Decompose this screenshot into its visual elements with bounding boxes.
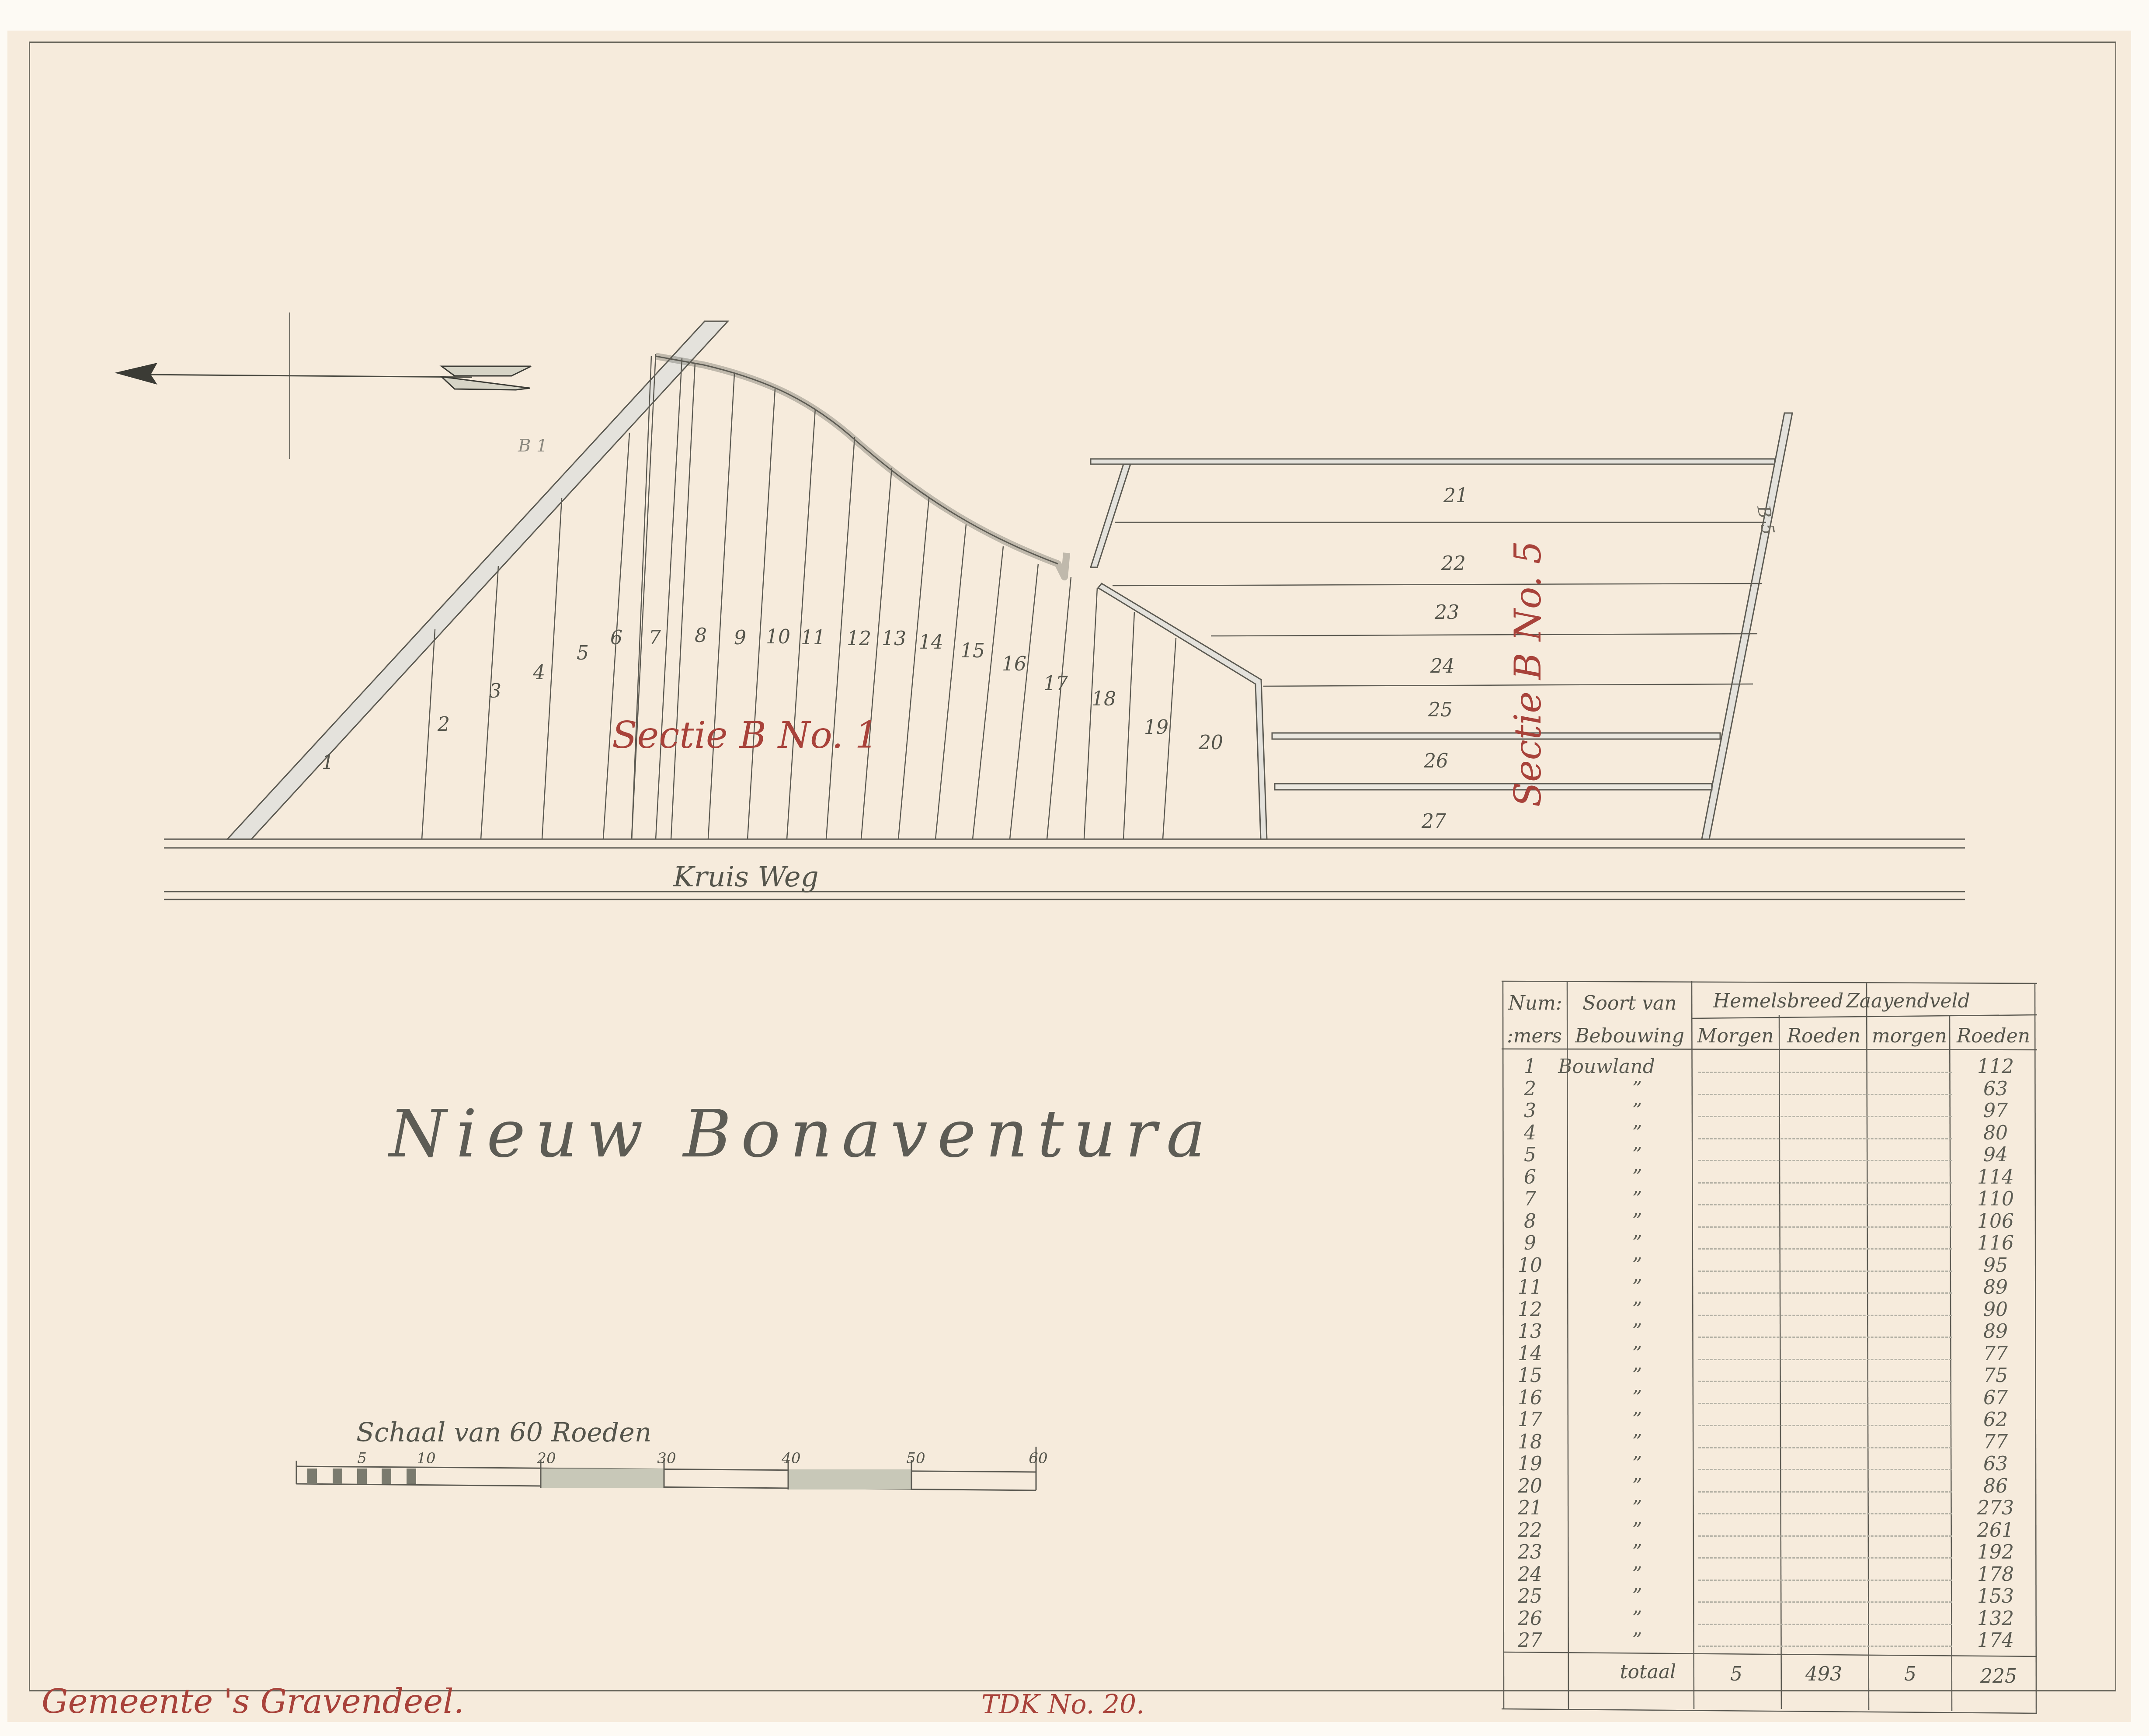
right-road: [1702, 413, 1792, 839]
ledger-row-roeden: 63: [1983, 1077, 2008, 1100]
ledger-row-roeden: 63: [1983, 1453, 2008, 1475]
ledger-row-roeden: 89: [1983, 1276, 2008, 1299]
ledger-row-soort: ”: [1632, 1298, 1642, 1320]
ledger-row-num: 22: [1518, 1519, 1542, 1541]
ledger-row-roeden: 153: [1977, 1585, 2014, 1608]
ledger-row-dash-leader: [1698, 1138, 1952, 1139]
ledger-row-num: 4: [1524, 1121, 1536, 1144]
cadastral-map-drawing: [0, 0, 2149, 1736]
ledger-row-dash-leader: [1698, 1337, 1952, 1338]
ledger-row-dash-leader: [1698, 1315, 1952, 1316]
ledger-row-roeden: 174: [1977, 1629, 2014, 1652]
ledger-row-soort: ”: [1632, 1100, 1642, 1122]
plot-number: 26: [1424, 752, 1448, 771]
ledger-row-dash-leader: [1698, 1160, 1952, 1161]
ledger-row-soort: ”: [1632, 1232, 1642, 1254]
ledger-header-bebouwing: Bebouwing: [1575, 1025, 1684, 1047]
ledger-row-soort: ”: [1632, 1497, 1642, 1519]
ledger-header-hemelsbreed: Hemelsbreed: [1713, 990, 1843, 1012]
plot-number: 23: [1435, 603, 1459, 622]
plot-number: 6: [610, 628, 622, 648]
ledger-row-dash-leader: [1698, 1469, 1952, 1470]
road-label-kruis-weg: Kruis Weg: [673, 863, 819, 891]
ledger-row-soort: ”: [1632, 1121, 1642, 1144]
plot-number: 24: [1430, 657, 1455, 676]
ledger-row-num: 25: [1518, 1585, 1542, 1608]
ledger-row-soort: ”: [1632, 1342, 1642, 1364]
ledger-row-num: 5: [1524, 1144, 1536, 1166]
ledger-row-soort: ”: [1632, 1541, 1642, 1563]
ledger-row-roeden: 106: [1977, 1210, 2014, 1232]
ledger-row-dash-leader: [1698, 1182, 1952, 1184]
ledger-row-num: 10: [1518, 1254, 1542, 1276]
ledger-row-num: 9: [1524, 1232, 1536, 1254]
ledger-row-soort: ”: [1632, 1188, 1642, 1210]
plot-number: 27: [1422, 812, 1446, 831]
ledger-row-roeden: 97: [1983, 1100, 2008, 1122]
ledger-row-num: 2: [1524, 1077, 1536, 1100]
municipality-label: Gemeente 's Gravendeel.: [42, 1685, 464, 1718]
ledger-header-zaayendveld: Zaayendveld: [1846, 990, 1970, 1012]
ledger-row-num: 21: [1518, 1497, 1542, 1519]
ledger-row-soort: ”: [1632, 1386, 1642, 1409]
ledger-row-dash-leader: [1698, 1513, 1952, 1514]
plot-number: 3: [489, 682, 501, 701]
ledger-row-num: 11: [1518, 1276, 1542, 1299]
ledger-row-dash-leader: [1698, 1248, 1952, 1250]
ledger-row-roeden: 90: [1983, 1298, 2008, 1320]
ledger-row-roeden: 86: [1983, 1475, 2008, 1497]
plot-number: 5: [577, 644, 589, 663]
sheet-reference: TDK No. 20.: [981, 1691, 1144, 1718]
plot-number: 14: [919, 633, 943, 652]
ledger-row-dash-leader: [1698, 1447, 1952, 1448]
plot-number: 13: [882, 629, 906, 649]
plot-number: 8: [695, 626, 707, 646]
plot-number: 2: [438, 715, 450, 734]
ledger-row-soort: ”: [1632, 1364, 1642, 1387]
ledger-row-dash-leader: [1698, 1624, 1952, 1625]
ledger-grid: [1502, 981, 2037, 1713]
ledger-row-dash-leader: [1698, 1072, 1952, 1073]
ledger-row-dash-leader: [1698, 1271, 1952, 1272]
diagonal-road: [227, 321, 728, 839]
ledger-row-num: 6: [1524, 1166, 1536, 1188]
ledger-header-num: Num:: [1508, 992, 1562, 1014]
plot-number: 21: [1443, 486, 1468, 506]
ledger-row-dash-leader: [1698, 1204, 1952, 1205]
ledger-row-roeden: 116: [1977, 1232, 2014, 1254]
ledger-row-soort: ”: [1632, 1475, 1642, 1497]
ledger-row-soort: ”: [1632, 1144, 1642, 1166]
ledger-row-soort: Bouwland: [1558, 1055, 1655, 1078]
ledger-total-z-roeden: 225: [1980, 1665, 2017, 1687]
map-title: Nieuw Bonaventura: [389, 1101, 1215, 1167]
ledger-row-num: 23: [1518, 1541, 1542, 1563]
ledger-row-soort: ”: [1632, 1210, 1642, 1232]
ledger-row-soort: ”: [1632, 1276, 1642, 1299]
ledger-row-soort: ”: [1632, 1519, 1642, 1541]
ledger-row-dash-leader: [1698, 1381, 1952, 1382]
plot-number: 16: [1002, 655, 1026, 674]
ledger-row-dash-leader: [1698, 1425, 1952, 1426]
scale-tick: 5: [357, 1451, 367, 1466]
plot-number: 12: [847, 629, 871, 649]
ledger-row-num: 19: [1518, 1453, 1542, 1475]
ledger-row-roeden: 132: [1977, 1607, 2014, 1629]
plot-number: 10: [766, 628, 790, 647]
ledger-header-h-morgen: Morgen: [1697, 1025, 1773, 1047]
ledger-row-roeden: 77: [1983, 1342, 2008, 1364]
ledger-row-num: 15: [1518, 1364, 1542, 1387]
plot-number: 7: [649, 628, 661, 648]
ledger-total-label: totaal: [1620, 1661, 1676, 1683]
section-label-b5: Sectie B No. 5: [1509, 541, 1546, 807]
ledger-row-soort: ”: [1632, 1563, 1642, 1585]
plot-number: 20: [1199, 733, 1223, 753]
ledger-total-h-roeden: 493: [1805, 1663, 1842, 1685]
ledger-row-roeden: 67: [1983, 1386, 2008, 1409]
north-arrow-icon: [115, 312, 531, 459]
ledger-header-soort: Soort van: [1582, 992, 1676, 1014]
ledger-row-num: 27: [1518, 1629, 1542, 1652]
ledger-row-roeden: 114: [1977, 1166, 2014, 1188]
plot-number: 18: [1092, 690, 1116, 709]
scale-tick: 40: [782, 1451, 800, 1466]
ledger-row-roeden: 178: [1977, 1563, 2014, 1585]
ledger-row-dash-leader: [1698, 1580, 1952, 1581]
ledger-row-roeden: 110: [1977, 1188, 2014, 1210]
road-mark-b5: B 5: [1754, 504, 1777, 536]
ledger-row-num: 12: [1518, 1298, 1542, 1320]
plot-number: 17: [1043, 674, 1068, 694]
ledger-row-soort: ”: [1632, 1409, 1642, 1431]
ledger-header-z-morgen: morgen: [1872, 1025, 1947, 1047]
ledger-row-num: 13: [1518, 1320, 1542, 1343]
ledger-row-num: 18: [1518, 1430, 1542, 1453]
ledger-row-roeden: 77: [1983, 1430, 2008, 1453]
ledger-header-h-roeden: Roeden: [1787, 1025, 1860, 1047]
ledger-row-soort: ”: [1632, 1320, 1642, 1343]
ledger-row-roeden: 80: [1983, 1121, 2008, 1144]
ledger-row-dash-leader: [1698, 1094, 1952, 1095]
scale-tick: 50: [906, 1451, 925, 1466]
plot-number: 11: [801, 628, 825, 648]
ledger-row-soort: ”: [1632, 1077, 1642, 1100]
scale-tick: 20: [537, 1451, 556, 1466]
ledger-row-roeden: 112: [1977, 1055, 2014, 1078]
ledger-row-roeden: 89: [1983, 1320, 2008, 1343]
scale-title: Schaal van 60 Roeden: [356, 1420, 651, 1446]
ledger-row-roeden: 192: [1977, 1541, 2014, 1563]
ledger-row-dash-leader: [1698, 1557, 1952, 1559]
ledger-row-roeden: 261: [1977, 1519, 2014, 1541]
plot-number: 22: [1441, 554, 1466, 573]
plot-number: 15: [960, 642, 985, 661]
plot-number: 9: [734, 628, 746, 648]
ledger-row-num: 14: [1518, 1342, 1542, 1364]
ledger-row-num: 3: [1524, 1100, 1536, 1122]
ledger-row-num: 1: [1524, 1055, 1536, 1078]
ledger-row-num: 26: [1518, 1607, 1542, 1629]
ledger-total-h-morgen: 5: [1730, 1663, 1742, 1685]
plot-number: 25: [1428, 701, 1453, 720]
ledger-row-dash-leader: [1698, 1491, 1952, 1493]
ledger-row-num: 17: [1518, 1409, 1542, 1431]
ledger-total-z-morgen: 5: [1904, 1663, 1916, 1685]
ledger-row-dash-leader: [1698, 1403, 1952, 1404]
ledger-row-roeden: 273: [1977, 1497, 2014, 1519]
ledger-row-dash-leader: [1698, 1226, 1952, 1228]
ledger-row-soort: ”: [1632, 1629, 1642, 1652]
ledger-row-num: 8: [1524, 1210, 1536, 1232]
ledger-row-soort: ”: [1632, 1254, 1642, 1276]
ledger-row-dash-leader: [1698, 1359, 1952, 1360]
road-mark-b1: B 1: [518, 437, 548, 455]
ledger-row-dash-leader: [1698, 1116, 1952, 1117]
section-label-b1: Sectie B No. 1: [612, 717, 878, 753]
scale-tick: 30: [657, 1451, 676, 1466]
ledger-row-num: 20: [1518, 1475, 1542, 1497]
scale-tick: 60: [1029, 1451, 1047, 1466]
ledger-row-num: 24: [1518, 1563, 1542, 1585]
plot-number: 4: [533, 663, 545, 683]
scale-tick: 10: [417, 1451, 435, 1466]
ledger-row-soort: ”: [1632, 1585, 1642, 1608]
ledger-row-num: 16: [1518, 1386, 1542, 1409]
ledger-row-roeden: 62: [1983, 1409, 2008, 1431]
plot-number: 1: [322, 753, 334, 772]
ledger-row-dash-leader: [1698, 1646, 1952, 1647]
ledger-row-num: 7: [1524, 1188, 1536, 1210]
ledger-row-dash-leader: [1698, 1535, 1952, 1537]
ledger-header-z-roeden: Roeden: [1957, 1025, 2030, 1047]
ledger-row-soort: ”: [1632, 1607, 1642, 1629]
ledger-row-roeden: 94: [1983, 1144, 2008, 1166]
ledger-row-soort: ”: [1632, 1453, 1642, 1475]
ledger-header-num-2: :mers: [1507, 1025, 1562, 1047]
ledger-row-roeden: 75: [1983, 1364, 2008, 1387]
ledger-row-dash-leader: [1698, 1292, 1952, 1294]
ledger-row-dash-leader: [1698, 1601, 1952, 1603]
plot-number: 19: [1144, 718, 1168, 737]
ledger-row-roeden: 95: [1983, 1254, 2008, 1276]
ledger-row-soort: ”: [1632, 1430, 1642, 1453]
ledger-row-soort: ”: [1632, 1166, 1642, 1188]
